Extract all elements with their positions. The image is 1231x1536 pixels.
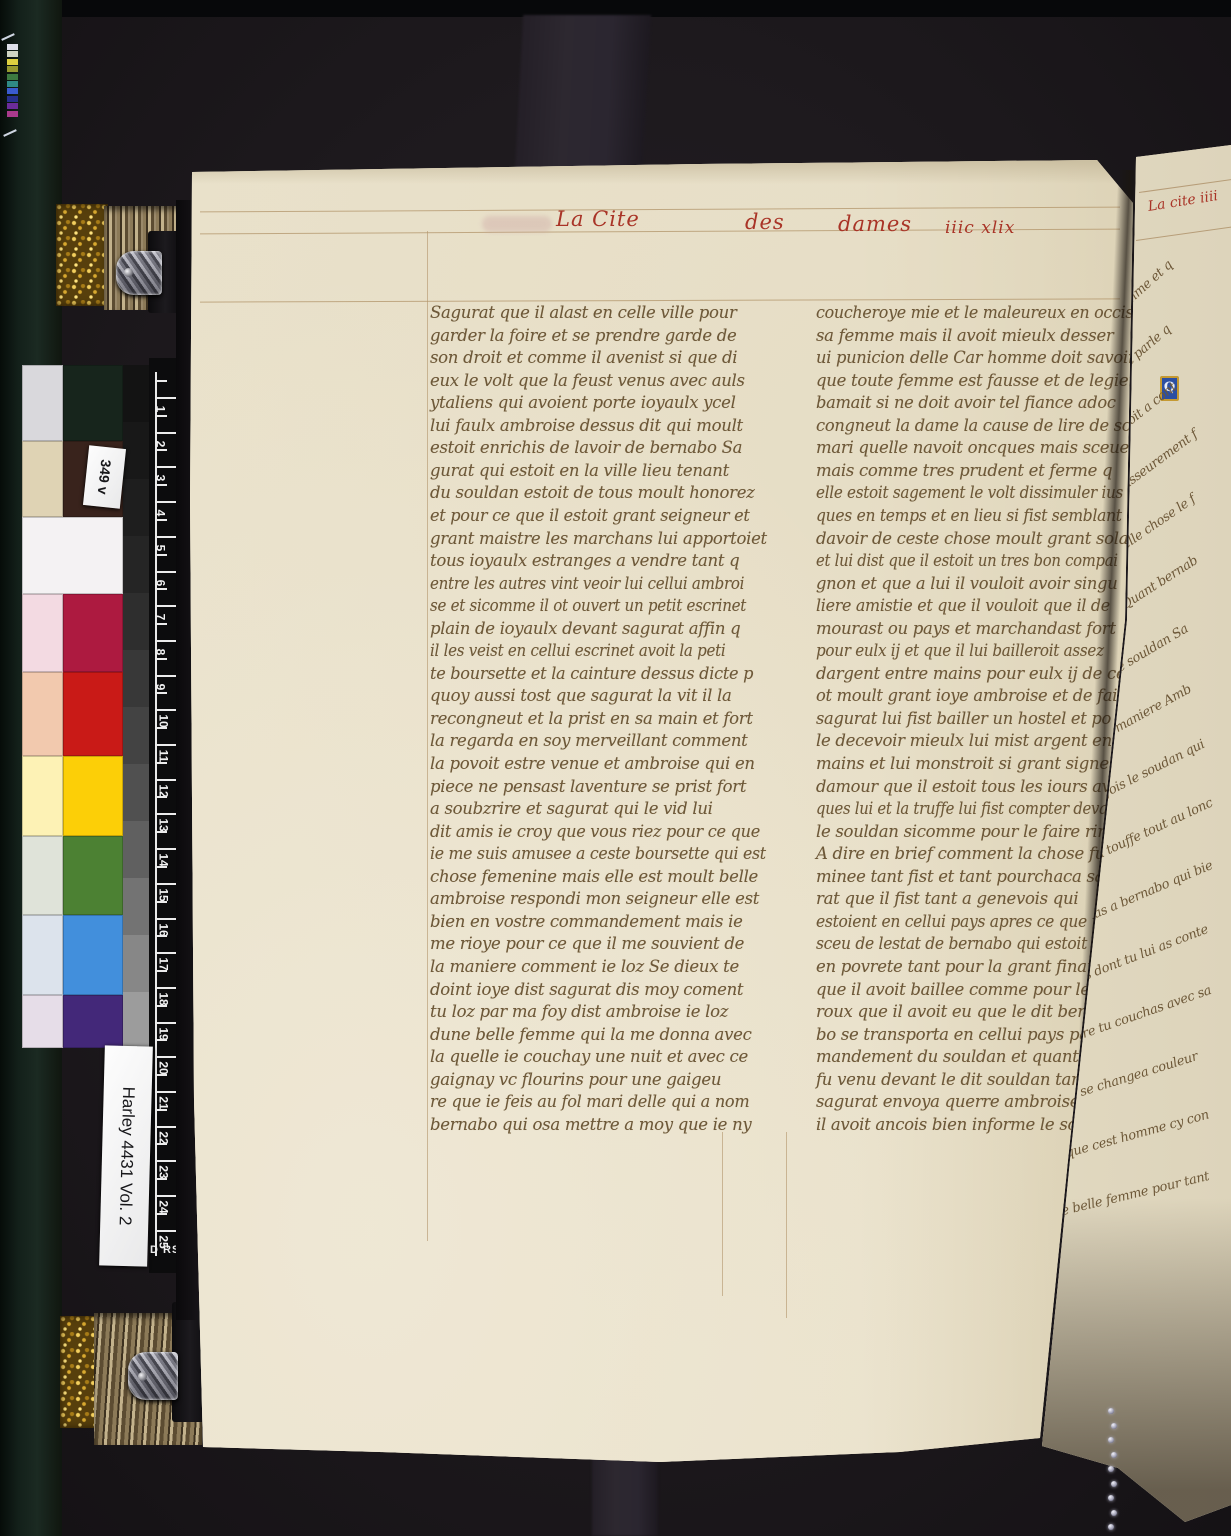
- color-patch-row: [22, 517, 123, 594]
- text-line: re que ie feis au fol mari delle qui a n…: [430, 1092, 735, 1111]
- ruler-tick-major: [155, 432, 177, 434]
- color-patch-row: [22, 836, 123, 915]
- text-line: lui faulx ambroise dessus dit qui moult: [430, 416, 742, 435]
- ruler-tick-minor: [155, 519, 167, 521]
- ruler-tick-major: [155, 605, 177, 607]
- text-line: que il avoit baillee comme pour le cou: [816, 980, 1116, 999]
- ruler-tick-minor: [155, 1109, 167, 1111]
- text-line: il les veist en cellui escrinet avoit la…: [430, 641, 715, 660]
- grayscale-step: [123, 821, 149, 878]
- ruler-number: 14: [157, 853, 171, 866]
- bead: [1111, 1452, 1117, 1458]
- column-ruling-line: [722, 1132, 723, 1296]
- grayscale-step: [123, 650, 149, 707]
- text-line: Sagurat que il alast en celle ville pour: [430, 303, 742, 322]
- grayscale-step: [123, 764, 149, 821]
- ruler-tick-minor: [155, 866, 167, 868]
- running-title-word1: La Cite: [556, 207, 640, 231]
- text-line: grant maistre les marchans lui apportoie…: [430, 529, 742, 548]
- text-line: quoy aussi tost que sagurat la vit il la: [430, 686, 742, 705]
- text-line: tu loz par ma foy dist ambroise ie loz: [430, 1002, 742, 1021]
- ruler-tick-minor: [155, 449, 167, 451]
- grayscale-step: [123, 593, 149, 650]
- ruler-tick-minor: [155, 1178, 167, 1180]
- ruler-number: 21: [157, 1096, 171, 1109]
- ruler-tick-minor: [155, 692, 167, 694]
- ruler-tick-minor: [155, 1074, 167, 1076]
- bead: [1111, 1423, 1117, 1429]
- column-ruling-line: [786, 1132, 787, 1318]
- facing-text-line: une belle femme pour tant: [1044, 1169, 1211, 1223]
- ruler-number: 10: [157, 715, 171, 728]
- ruler-tick-minor: [155, 762, 167, 764]
- color-patch-pale: [22, 672, 63, 756]
- color-patch-saturated: [63, 594, 123, 672]
- margin-ruling-line: [427, 231, 428, 1241]
- text-line: dit amis ie croy que vous riez pour ce q…: [430, 822, 735, 841]
- text-line: A dire en brief comment la chose fu ter: [816, 844, 1116, 863]
- text-line: fu venu devant le dit souldan tantost: [816, 1070, 1116, 1089]
- ruler-tick-minor: [155, 901, 167, 903]
- text-line: et pour ce que il estoit grant seigneur …: [430, 506, 735, 525]
- ruler-tick-major: [155, 952, 177, 954]
- text-line: congneut la dame la cause de lire de son: [816, 416, 1112, 435]
- ruler-number: 15: [157, 888, 171, 901]
- book-strap-bottom: [592, 1452, 658, 1536]
- ruler-tick-major: [155, 1160, 177, 1162]
- ruler-tick-major: [155, 813, 177, 815]
- clip-screw-bottom: [138, 1372, 147, 1381]
- ruler-number: 16: [157, 923, 171, 936]
- bead: [1108, 1466, 1114, 1472]
- grayscale-step: [123, 707, 149, 764]
- ruler-tick-major: [155, 1230, 177, 1232]
- text-line: davoir de ceste chose moult grant solas: [816, 529, 1116, 548]
- color-patch-row: [22, 995, 123, 1048]
- text-line: gaignay vc flourins pour une gaigeu: [430, 1070, 742, 1089]
- ruler-tick-major: [155, 397, 177, 399]
- text-line: te boursette et la cainture dessus dicte…: [430, 664, 735, 683]
- text-line: mourast ou pays et marchandast fort: [816, 619, 1116, 638]
- folio-number-label: 349 v: [83, 445, 126, 509]
- ruler-tick-minor: [155, 554, 167, 556]
- bead: [1111, 1481, 1117, 1487]
- text-line: sagurat lui fist bailler un hostel et po: [816, 709, 1112, 728]
- ruler-number: 23: [157, 1166, 171, 1179]
- ruler-tick-major: [155, 1091, 177, 1093]
- text-line: bien en vostre commandement mais ie: [430, 912, 742, 931]
- ruler-tick-minor: [155, 831, 167, 833]
- ruler-tick-minor: [155, 727, 167, 729]
- color-patch-saturated: [63, 756, 123, 836]
- ruler-tick-major: [155, 1126, 177, 1128]
- text-line: mandement du souldan et quant il: [816, 1047, 1116, 1066]
- ruler-number: 20: [157, 1062, 171, 1075]
- ruler-tick-major: [155, 848, 177, 850]
- text-line: doint ioye dist sagurat dis moy coment: [430, 980, 742, 999]
- color-patch-pale: [22, 995, 63, 1048]
- ruler-number: 12: [157, 784, 171, 797]
- text-line: coucheroye mie et le maleureux en occist: [816, 303, 1105, 322]
- text-line: la maniere comment ie loz Se dieux te: [430, 957, 742, 976]
- manuscript-photograph: 1234567891011121314151617181920212223242…: [0, 0, 1231, 1536]
- text-line: ques lui et la truffe lui fist compter d…: [816, 799, 1085, 818]
- text-line: ques en temps et en lieu si fist semblan…: [816, 506, 1098, 525]
- text-line: damour que il estoit tous les iours avec: [816, 777, 1112, 796]
- ruler-tick-major: [155, 536, 177, 538]
- text-line: la povoit estre venue et ambroise qui en: [430, 754, 742, 773]
- ruler-tick-major: [155, 466, 177, 468]
- text-line: me rioye pour ce que il me souvient de: [430, 934, 742, 953]
- ruler-tick-major: [155, 501, 177, 503]
- text-line: dune belle femme qui la me donna avec: [430, 1025, 742, 1044]
- ruler-tick-minor: [155, 1005, 167, 1007]
- text-line: bo se transporta en cellui pays par le: [816, 1025, 1116, 1044]
- ruler-tick-major: [155, 675, 177, 677]
- grayscale-step: [123, 935, 149, 992]
- color-patch-saturated: [63, 915, 123, 995]
- text-line: ot moult grant ioye ambroise et de fait: [816, 686, 1112, 705]
- text-line: du souldan estoit de tous moult honorez: [430, 483, 742, 502]
- ruler-number: 24: [157, 1200, 171, 1213]
- text-line: entre les autres vint veoir lui cellui a…: [430, 574, 715, 593]
- ruler-tick-minor: [155, 970, 167, 972]
- text-line: recongneut et la prist en sa main et for…: [430, 709, 742, 728]
- text-line: roux que il avoit eu que le dit berna: [816, 1002, 1116, 1021]
- grayscale-step: [123, 878, 149, 935]
- color-patch-row: [22, 756, 123, 836]
- text-line: gnon et que a lui il vouloit avoir singu: [816, 574, 1112, 593]
- text-line: mais comme tres prudent et ferme q: [816, 461, 1116, 480]
- ruler-tick-major: [155, 779, 177, 781]
- ruler-number: 2: [153, 440, 167, 447]
- ruler-number: 8: [153, 649, 167, 656]
- photographic-ruler: 1234567891011121314151617181920212223242…: [149, 358, 178, 1273]
- text-line: que toute femme est fausse et de legier: [816, 371, 1116, 390]
- running-title-word2: des: [745, 210, 785, 234]
- text-line: chose femenine mais elle est moult belle: [430, 867, 742, 886]
- color-patch-row: [22, 672, 123, 756]
- ruler-number: 19: [157, 1027, 171, 1040]
- color-patch: [22, 517, 123, 594]
- text-line: piece ne pensast laventure se prist fort: [430, 777, 742, 796]
- ruler-tick-minor: [155, 380, 167, 382]
- grayscale-step: [123, 479, 149, 536]
- ruler-tick-minor: [155, 796, 167, 798]
- ruler-number: 7: [153, 614, 167, 621]
- text-line: ui punicion delle Car homme doit savoir: [816, 348, 1112, 367]
- text-line: garder la foire et se prendre garde de: [430, 326, 742, 345]
- text-line: estoient en cellui pays apres ce que il …: [816, 912, 1098, 931]
- text-line: liere amistie et que il vouloit que il d…: [816, 596, 1105, 615]
- color-patch-row: [22, 915, 123, 995]
- color-patch-saturated: [63, 672, 123, 756]
- text-line: ytaliens qui avoient porte ioyaulx ycel: [430, 393, 742, 412]
- text-line: ie me suis amusee a ceste boursette qui …: [430, 844, 728, 863]
- ruler-number: 1: [153, 406, 167, 413]
- text-line: le souldan sicomme pour le faire rire: [816, 822, 1116, 841]
- clip-metal-roller-bottom: [128, 1352, 178, 1400]
- film-color-chip: [7, 81, 18, 87]
- text-line: estoit enrichis de lavoir de bernabo Sa: [430, 438, 742, 457]
- ruler-number: 18: [157, 992, 171, 1005]
- ruler-tick-major: [155, 709, 177, 711]
- ruling-line: [200, 298, 1120, 302]
- bead: [1108, 1437, 1114, 1443]
- ruler-tick-major: [155, 640, 177, 642]
- film-color-chip: [7, 59, 18, 65]
- ruler-tick-minor: [155, 1039, 167, 1041]
- text-line: la quelle ie couchay une nuit et avec ce: [430, 1047, 742, 1066]
- ruler-number: 6: [153, 579, 167, 586]
- shelfmark-label: Harley 4431 Vol. 2: [99, 1045, 153, 1266]
- ruler-tick-major: [155, 744, 177, 746]
- clip-screw-top: [124, 268, 133, 277]
- text-line: bamait si ne doit avoir tel fiance adoc: [816, 393, 1112, 412]
- text-line: plain de ioyaulx devant sagurat affin q: [430, 619, 742, 638]
- ruler-tick-major: [155, 1022, 177, 1024]
- text-line: gurat qui estoit en la ville lieu tenant: [430, 461, 742, 480]
- book-strap-top: [515, 15, 651, 173]
- film-color-chip: [7, 88, 18, 94]
- bead: [1108, 1408, 1114, 1414]
- color-patch-saturated: [63, 836, 123, 915]
- ruling-line: [200, 207, 1120, 213]
- ruler-tick-minor: [155, 935, 167, 937]
- ruler-number: 22: [157, 1131, 171, 1144]
- grayscale-step: [123, 365, 149, 422]
- film-color-chip: [7, 51, 18, 57]
- film-color-chip: [7, 96, 18, 102]
- film-color-chip: [7, 111, 18, 117]
- bead: [1108, 1495, 1114, 1501]
- bead: [1108, 1524, 1114, 1530]
- ruler-tick-major: [155, 918, 177, 920]
- gilded-edge-top: [56, 204, 108, 306]
- text-line: sceu de lestat de bernabo qui estoit che…: [816, 934, 1098, 953]
- text-line: sagurat envoya querre ambroise mais: [816, 1092, 1116, 1111]
- grayscale-step: [123, 536, 149, 593]
- running-title-word3: dames: [838, 212, 912, 236]
- text-line: la regarda en soy merveillant comment: [430, 731, 742, 750]
- ruler-number: 13: [157, 819, 171, 832]
- ruler-tick-minor: [155, 484, 167, 486]
- film-color-chip: [7, 103, 18, 109]
- text-line: a soubzrire et sagurat qui le vid lui: [430, 799, 742, 818]
- text-line: tous ioyaulx estranges a vendre tant q: [430, 551, 742, 570]
- folio-number-text: 349 v: [95, 459, 115, 496]
- color-patch-pale: [22, 836, 63, 915]
- text-line: dargent entre mains pour eulx ij de ce: [816, 664, 1116, 683]
- clip-metal-roller-top: [116, 251, 162, 295]
- text-line: se et sicomme il ot ouvert un petit escr…: [430, 596, 715, 615]
- color-patch-saturated: [63, 365, 123, 441]
- color-patch-pale: [22, 915, 63, 995]
- ruler-tick-major: [155, 883, 177, 885]
- film-color-chip: [7, 66, 18, 72]
- text-line: rat que il fist tant a genevois qui: [816, 889, 1116, 908]
- text-line: sa femme mais il avoit mieulx desser: [816, 326, 1116, 345]
- ruler-tick-major: [155, 1195, 177, 1197]
- ruler-number: 11: [156, 750, 170, 763]
- text-line: en povrete tant pour la grant finance: [816, 957, 1116, 976]
- ruler-tick-major: [155, 1056, 177, 1058]
- text-line: le decevoir mieulx lui mist argent ent: [816, 731, 1116, 750]
- color-patch-pale: [22, 365, 63, 441]
- ruler-tick-minor: [155, 588, 167, 590]
- grayscale-step: [123, 422, 149, 479]
- text-line: son droit et comme il avenist si que di: [430, 348, 742, 367]
- ruler-number: 9: [153, 683, 167, 690]
- bead: [1111, 1510, 1117, 1516]
- color-patch-saturated: [63, 995, 123, 1048]
- color-patch-pale: [22, 441, 63, 517]
- ruler-tick-major: [155, 987, 177, 989]
- ruler-tick-major: [155, 571, 177, 573]
- grayscale-step: [123, 992, 149, 1049]
- text-line: mari quelle navoit oncques mais sceue: [816, 438, 1116, 457]
- text-line: minee tant fist et tant pourchaca sagu: [816, 867, 1116, 886]
- text-line: pour eulx ij et que il lui bailleroit as…: [816, 641, 1091, 660]
- film-color-chip: [7, 44, 18, 50]
- text-line: et lui dist que il estoit un tres bon co…: [816, 551, 1085, 570]
- film-color-chip: [7, 74, 18, 80]
- ruling-line: [1136, 226, 1231, 241]
- ruler-tick-minor: [155, 1213, 167, 1215]
- text-line: elle estoit sagement le volt dissimuler …: [816, 483, 1091, 502]
- text-line: eux le volt que la feust venus avec auls: [430, 371, 742, 390]
- running-title-foliation: iiic xlix: [945, 218, 1015, 238]
- color-patch-pale: [22, 756, 63, 836]
- facing-running-title: La cite iiii: [1147, 188, 1219, 215]
- text-line: ambroise respondi mon seigneur elle est: [430, 889, 742, 908]
- ruler-tick-minor: [155, 623, 167, 625]
- ruler-number: 3: [153, 475, 167, 482]
- ruler-number: 5: [153, 544, 167, 551]
- ruler-tick-minor: [155, 415, 167, 417]
- text-line: il avoit ancois bien informe le souldan: [816, 1115, 1116, 1134]
- ruler-tick-minor: [155, 658, 167, 660]
- color-patch-pale: [22, 594, 63, 672]
- shelfmark-text: Harley 4431 Vol. 2: [114, 1086, 138, 1225]
- text-line: mains et lui monstroit si grant signe: [816, 754, 1116, 773]
- ruler-number: 17: [157, 958, 171, 971]
- color-patch-row: [22, 365, 123, 441]
- color-patch-row: [22, 594, 123, 672]
- ruler-tick-minor: [155, 1143, 167, 1145]
- text-line: bernabo qui osa mettre a moy que ie ny: [430, 1115, 742, 1134]
- ruler-number: 4: [153, 510, 167, 517]
- rubric-offset-stain: [482, 216, 552, 232]
